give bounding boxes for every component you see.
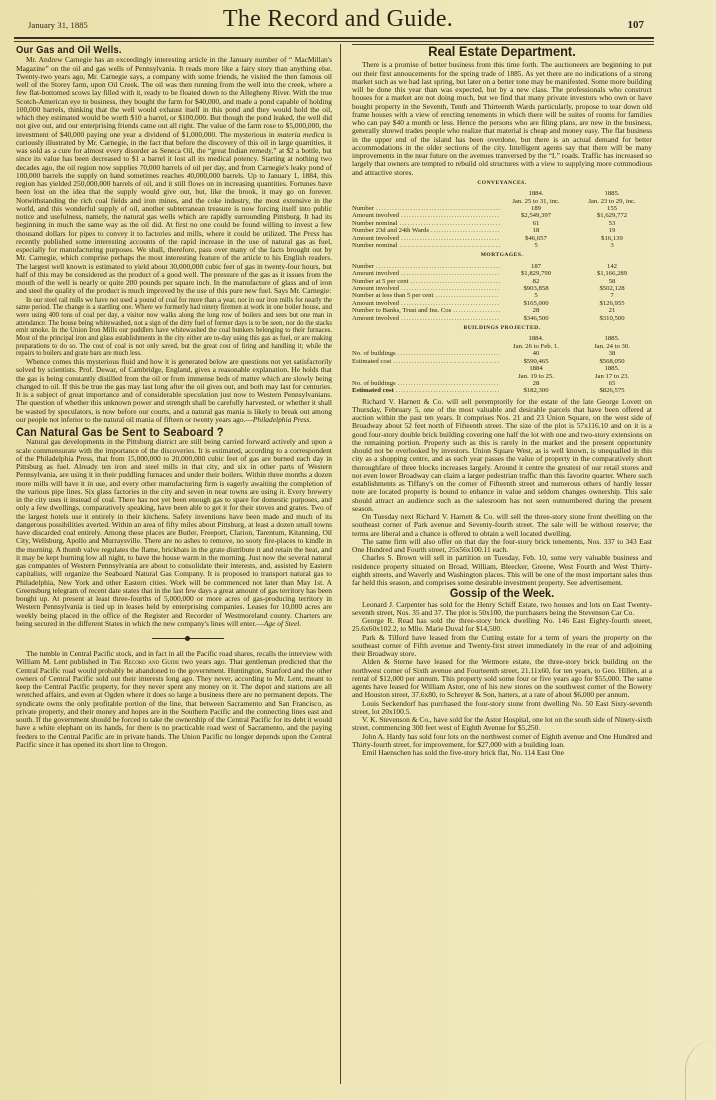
value-1885: 38 [572,350,652,357]
value-1884: $903,858 [500,285,572,292]
gossip-paragraph: V. K. Stevenson & Co., have sold for the… [352,716,652,733]
value-1885: $826,575 [572,387,652,394]
value-1885: $1,629,772 [572,212,652,219]
value-1885: 58 [572,278,652,285]
value-1885: $568,050 [572,358,652,365]
value-1885: 65 [572,380,652,387]
table-row: Number189155 [352,205,652,212]
value-1885: $16,139 [572,235,652,242]
value-1885: $502,128 [572,285,652,292]
gossip-paragraph: George R. Read has sold the three-story … [352,617,652,634]
gossip-paragraph: Emil Haenschen has sold the five-story b… [352,749,652,757]
value-1885: $310,500 [572,315,652,322]
article-gas-and-oil-wells: Our Gas and Oil Wells. Mr. Andrew Carneg… [16,46,332,424]
column-header: 1884Jan. 19 to 25. [500,365,572,380]
value-1884: 28 [500,380,572,387]
article-paragraph: Mr. Andrew Carnegie has an exceedingly i… [16,56,332,295]
row-label: No. of buildings [352,350,500,357]
value-1885: $1,166,289 [572,270,652,277]
value-1884: 5 [500,292,572,299]
table-row: Number to Banks, Trust and Ins. Cos2821 [352,307,652,314]
row-label: Number [352,205,500,212]
table-caption: Mortgages. [352,252,652,259]
value-1884: 40 [500,350,572,357]
gossip-paragraph: Alden & Sterne have leased for the Wetmo… [352,658,652,699]
value-1885: 53 [572,220,652,227]
value-1884: 189 [500,205,572,212]
value-1885: 7 [572,292,652,299]
column-header: 1884.Jan. 25 to 31, inc. [500,190,572,205]
column-header: 1885.Jan. 24 to 30. [572,335,652,350]
column-header: 1885.Jan. 23 to 29, inc. [572,190,652,205]
row-label: Amount involved [352,300,500,307]
news-paragraph: On Tuesday next Richard V. Harnett & Co.… [352,513,652,538]
news-paragraph: Richard V. Harnett & Co. will sell perem… [352,398,652,514]
mortgages-table: Mortgages. Number187142Amount involved$1… [352,252,652,322]
row-label: No. of buildings [352,380,500,387]
table-header: 1884.Jan. 26 to Feb. 1. 1885.Jan. 24 to … [352,335,652,350]
row-label: Number at less than 5 per cent [352,292,500,299]
value-1884: 5 [500,242,572,249]
article-headline: Can Natural Gas be Sent to Seaboard ? [16,428,300,436]
table-row: Amount involved$346,500$310,500 [352,315,652,322]
page-curl-edge [685,1040,716,1100]
publication-title: The Record and Guide. [18,6,658,33]
table-row: Amount involved$2,549,397$1,629,772 [352,212,652,219]
right-column: Real Estate Department. There is a promi… [352,46,652,757]
row-label: Number nominal [352,220,500,227]
table-row: Number187142 [352,263,652,270]
row-label: Amount involved [352,212,500,219]
value-1884: $2,549,397 [500,212,572,219]
row-label: Number at 5 per cent [352,278,500,285]
value-1884: 187 [500,263,572,270]
article-source: Philadelphia Press. [253,415,311,424]
value-1884: 82 [500,278,572,285]
row-label: Amount involved [352,235,500,242]
table-row: Number 23d and 24th Wards1819 [352,227,652,234]
value-1884: $46,657 [500,235,572,242]
table-header: 1884.Jan. 25 to 31, inc. 1885.Jan. 23 to… [352,190,652,205]
value-1884: $590,465 [500,358,572,365]
row-label: Number [352,263,500,270]
value-1884: $165,000 [500,300,572,307]
article-natural-gas-seaboard: Can Natural Gas be Sent to Seaboard ? Na… [16,428,332,628]
value-1884: $1,829,790 [500,270,572,277]
table-row: Number at 5 per cent8258 [352,278,652,285]
value-1885: 19 [572,227,652,234]
intro-paragraph: There is a promise of better business fr… [352,61,652,177]
table-row: Amount involved$1,829,790$1,166,289 [352,270,652,277]
table-row: No. of buildings2865 [352,380,652,387]
gossip-paragraph: John A. Hardy has sold four lots on the … [352,733,652,750]
row-label: Amount involved [352,270,500,277]
value-1884: 61 [500,220,572,227]
gossip-paragraph: Louis Seckendorf has purchased the four-… [352,700,652,717]
article-source: Age of Steel. [264,619,301,628]
page-number: 107 [628,19,645,31]
gossip-title: Gossip of the Week. [360,590,645,598]
row-label: Estimated cost [352,358,500,365]
value-1884: 18 [500,227,572,234]
row-label: Amount involved [352,285,500,292]
masthead: January 31, 1885 The Record and Guide. 1… [18,6,658,36]
value-1885: 21 [572,307,652,314]
column-divider [340,44,341,1084]
value-1884: $346,500 [500,315,572,322]
value-1884: 28 [500,307,572,314]
table-caption: Buildings Projected. [352,325,652,332]
row-label: Number 23d and 24th Wards [352,227,500,234]
column-header: 1885.Jan 17 to 23. [572,365,652,380]
table-header: 1884Jan. 19 to 25. 1885.Jan 17 to 23. [352,365,652,380]
table-row: Amount involved$46,657$16,139 [352,235,652,242]
table-row: Estimated cost$590,465$568,050 [352,358,652,365]
left-column: Our Gas and Oil Wells. Mr. Andrew Carneg… [16,46,332,749]
column-header: 1884.Jan. 26 to Feb. 1. [500,335,572,350]
article-headline: Our Gas and Oil Wells. [16,46,300,54]
value-1885: 155 [572,205,652,212]
article-paragraph: Whence comes this mysterious fluid and h… [16,358,332,424]
table-row: Number nominal6153 [352,220,652,227]
table-row: Amount involved$903,858$502,128 [352,285,652,292]
table-caption: Conveyances. [352,180,652,187]
table-row: Estimated cost$182,300$826,575 [352,387,652,394]
article-central-pacific: The tumble in Central Pacific stock, and… [16,650,332,749]
header-rule-thin [14,41,654,42]
news-paragraph: Charles S. Brown will sell in partition … [352,554,652,587]
article-paragraph: Natural gas developments in the Pittsbur… [16,438,332,628]
buildings-projected-table: Buildings Projected. 1884.Jan. 26 to Feb… [352,325,652,395]
row-label: Amount involved [352,315,500,322]
row-label: Estimated cost [352,387,500,394]
gossip-paragraph: Leonard J. Carpenter has sold for the He… [352,601,652,618]
table-row: No. of buildings4038 [352,350,652,357]
ornamental-divider [16,634,332,644]
value-1885: $126,955 [572,300,652,307]
news-paragraph: The same firm will also offer on that da… [352,538,652,555]
row-label: Number nominal [352,242,500,249]
header-rule-thick [14,37,654,39]
block-quote: In our steel rail mills we have not used… [16,297,332,359]
gossip-paragraph: Park & Tilford have leased from the Cutt… [352,634,652,659]
conveyances-table: Conveyances. 1884.Jan. 25 to 31, inc. 18… [352,180,652,250]
value-1885: 142 [572,263,652,270]
article-paragraph: The tumble in Central Pacific stock, and… [16,650,332,749]
value-1884: $182,300 [500,387,572,394]
table-row: Number at less than 5 per cent57 [352,292,652,299]
section-title: Real Estate Department. [360,48,645,56]
value-1885: 3 [572,242,652,249]
row-label: Number to Banks, Trust and Ins. Cos [352,307,500,314]
table-row: Amount involved$165,000$126,955 [352,300,652,307]
table-row: Number nominal53 [352,242,652,249]
